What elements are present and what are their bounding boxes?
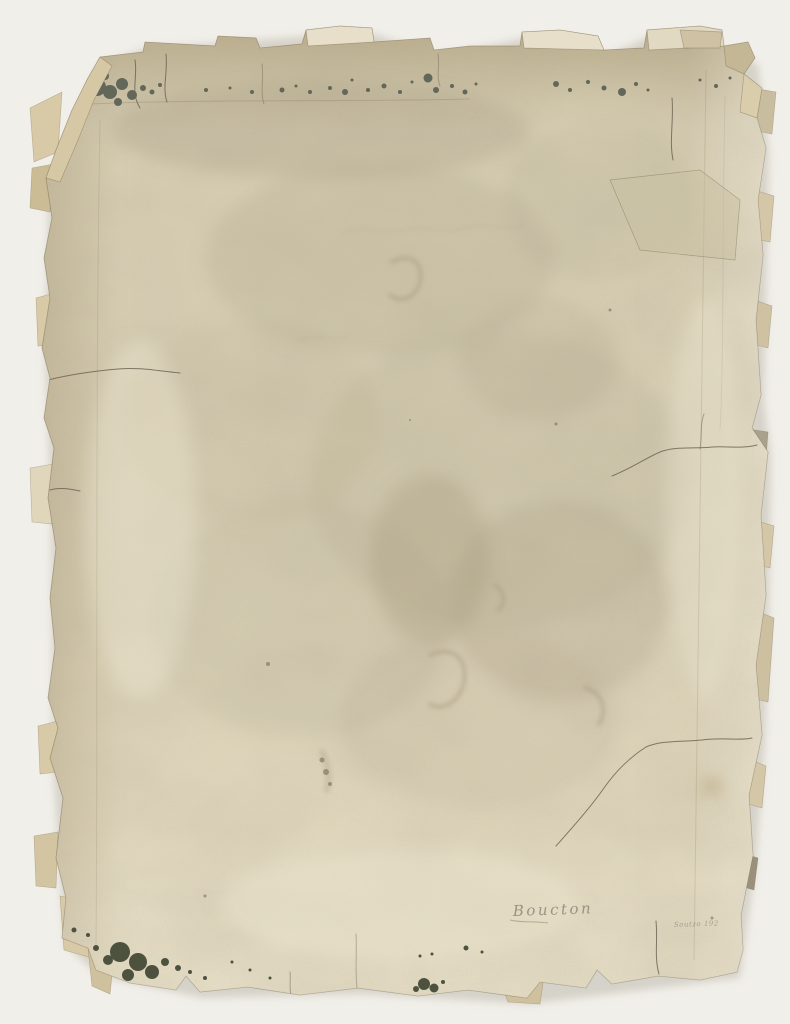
inscription-collection-number: Soutzo 192 (674, 919, 719, 929)
artwork-photo-canvas: Boucton Soutzo 192 (0, 0, 790, 1024)
photograph-of-artwork-verso: Boucton Soutzo 192 (0, 0, 790, 1024)
inscription-boucton: Boucton (512, 899, 594, 920)
sheet-surface: Boucton Soutzo 192 (30, 20, 780, 1024)
